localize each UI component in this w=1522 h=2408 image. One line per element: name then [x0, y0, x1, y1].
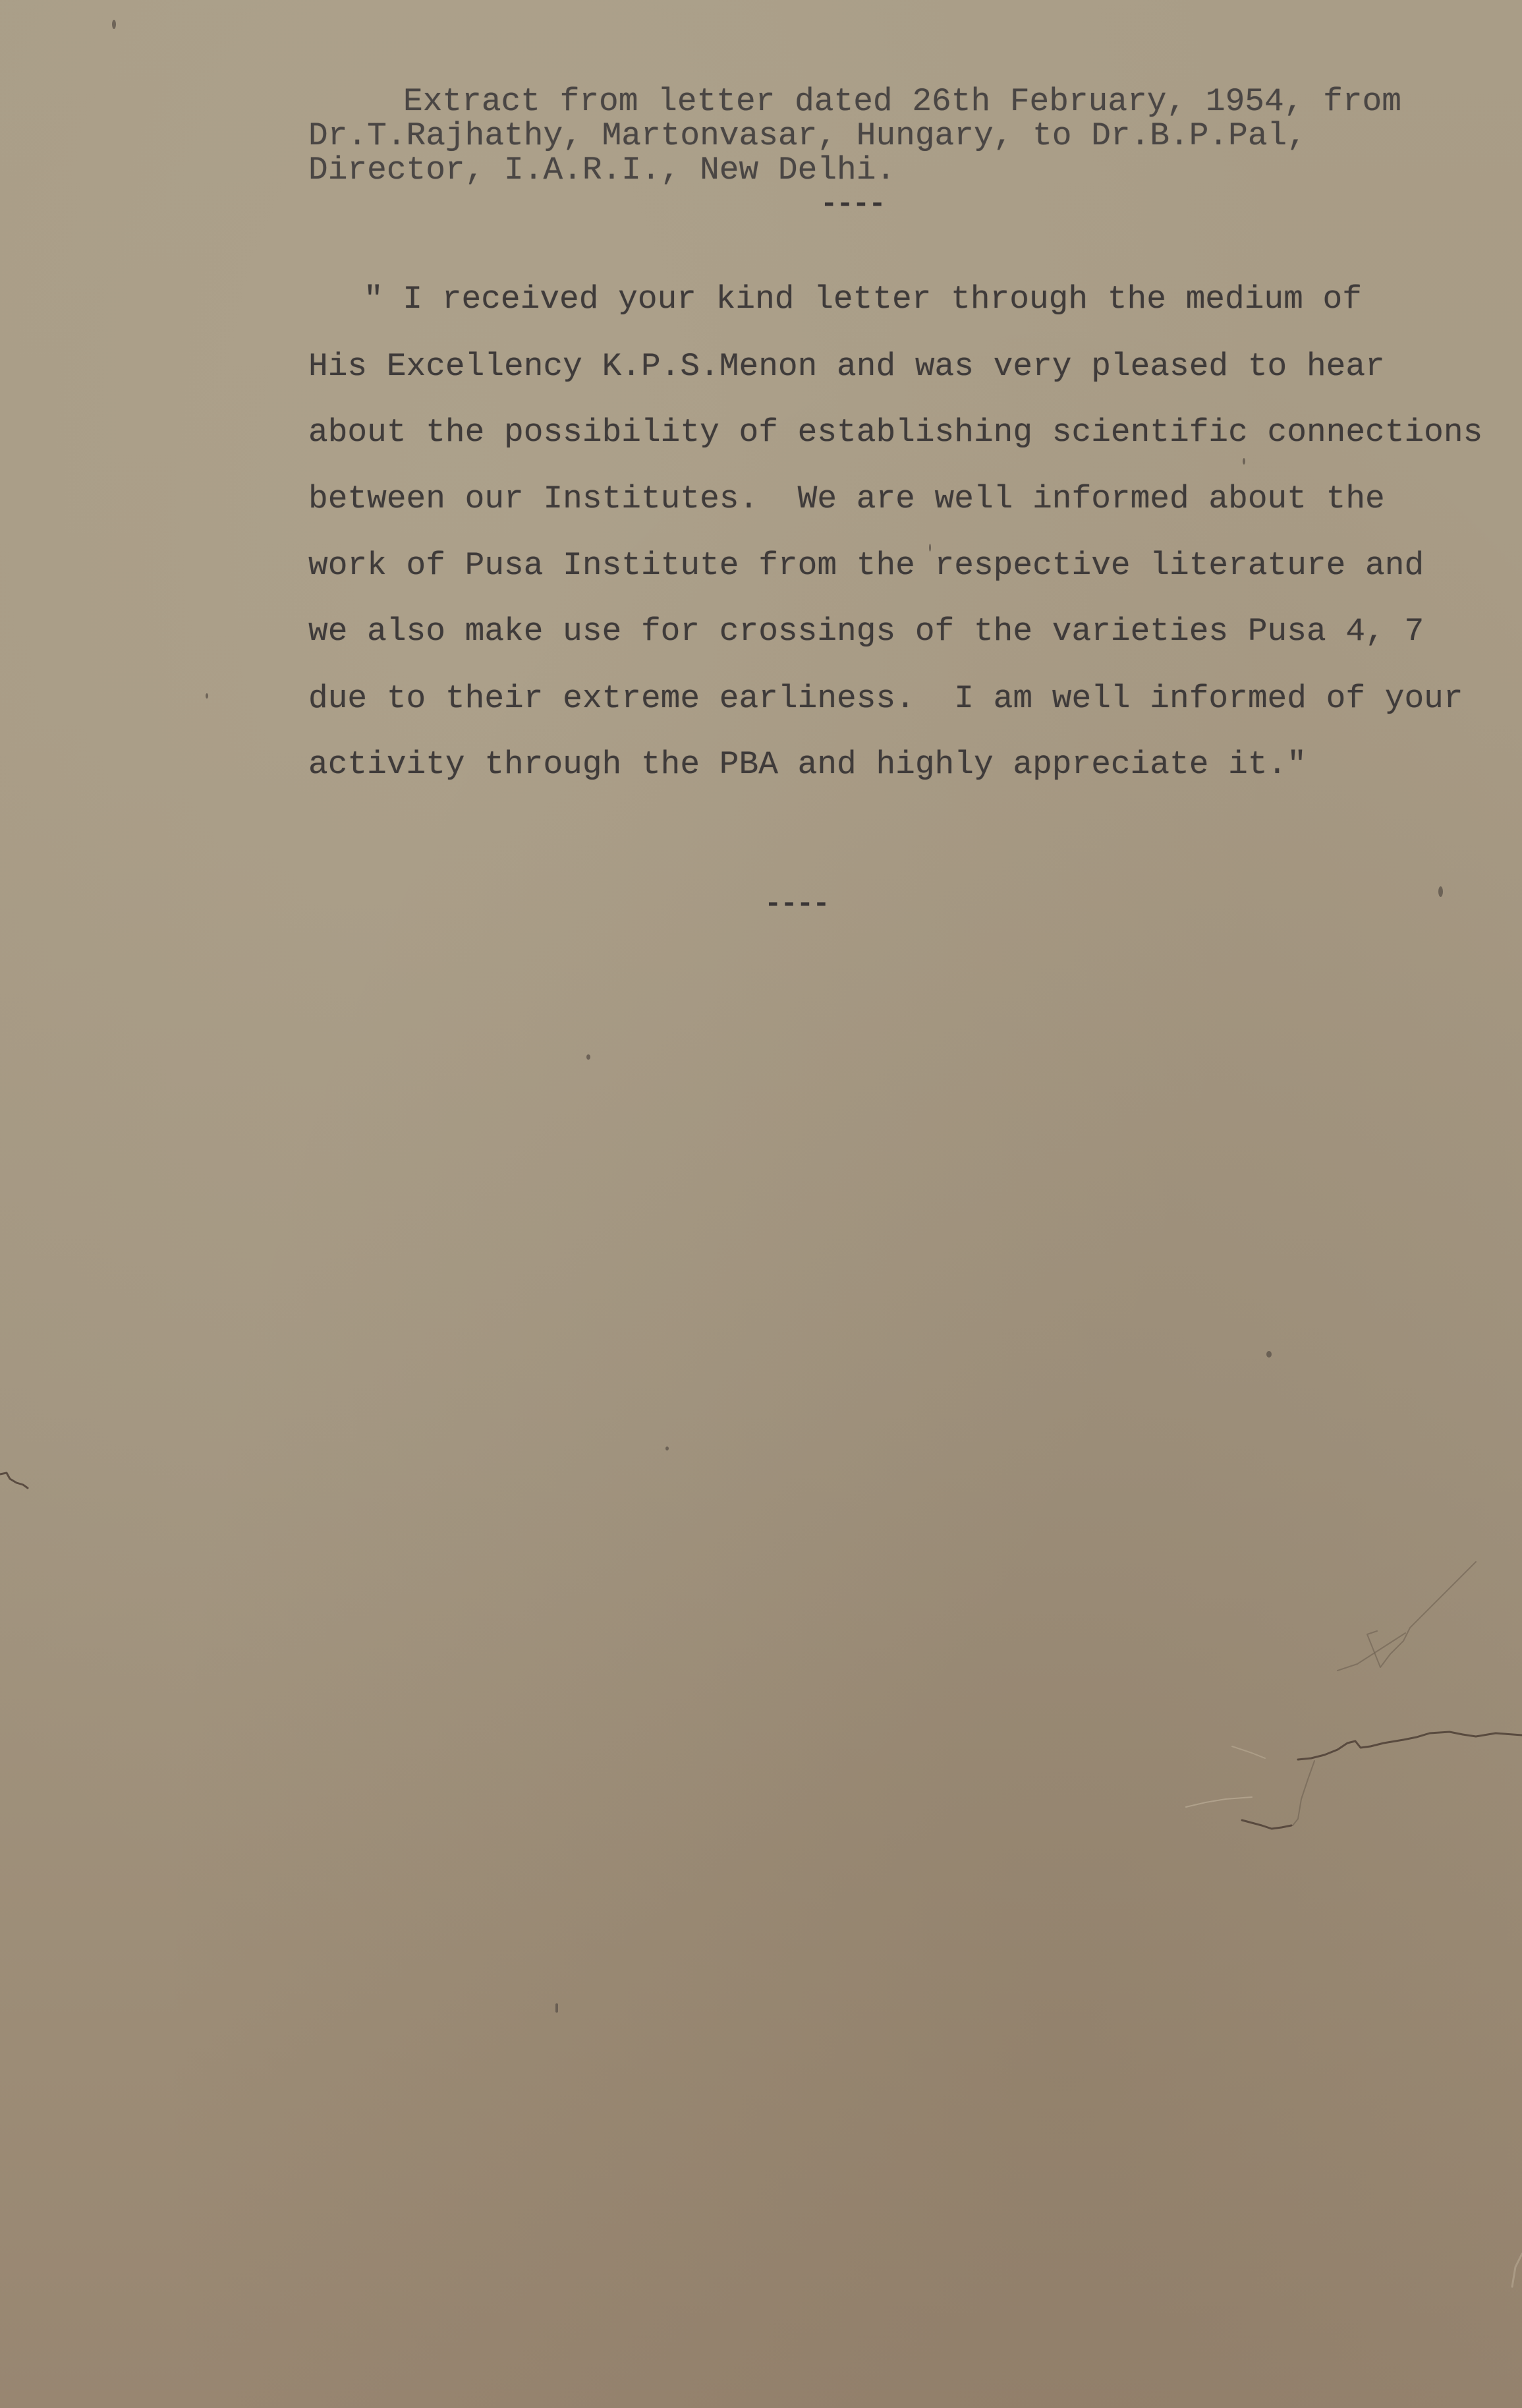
- dirt-speck: [555, 2003, 558, 2013]
- dirt-speck: [586, 1054, 590, 1060]
- dirt-speck: [112, 20, 116, 29]
- letter-page: Extract from letter dated 26th February,…: [0, 0, 1522, 2408]
- dirt-speck: [206, 693, 208, 699]
- dirt-speck: [1266, 1351, 1272, 1358]
- dirt-speck: [929, 544, 931, 552]
- paper-crease-marks: [0, 0, 1522, 2408]
- dirt-speck: [1438, 886, 1443, 897]
- dirt-speck: [1243, 458, 1245, 465]
- dirt-speck: [665, 1447, 669, 1450]
